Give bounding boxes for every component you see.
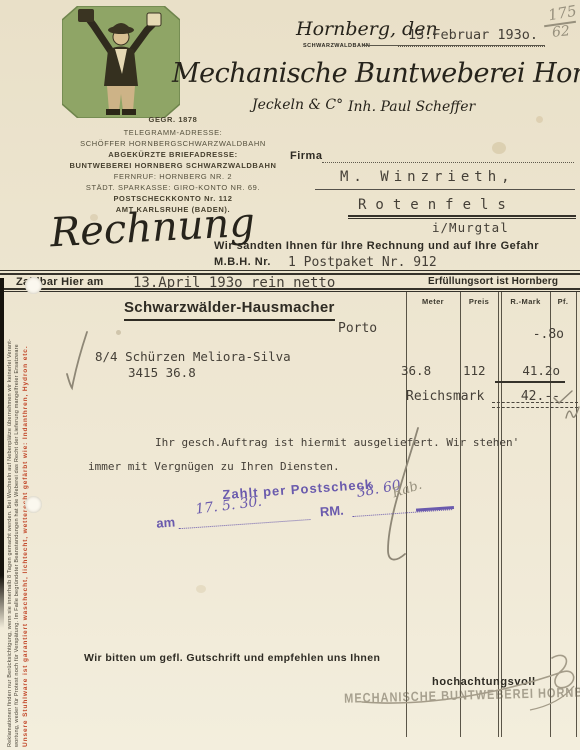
recipient-district: i/Murgtal bbox=[432, 220, 509, 235]
total-label: Reichsmark bbox=[406, 389, 484, 404]
company-info-block: GEGR. 1878 TELEGRAMM-ADRESSE: SCHÖFFER H… bbox=[30, 114, 316, 215]
postcheck-line: POSTSCHECKKONTO Nr. 112 bbox=[30, 193, 316, 204]
bank-line: STÄDT. SPARKASSE: GIRO-KONTO NR. 69. bbox=[30, 182, 316, 193]
invoice-date: 13.Februar 193o. bbox=[408, 27, 538, 43]
package-number: 1 Postpaket Nr. 912 bbox=[288, 255, 437, 270]
telegram-address: SCHÖFFER HORNBERGSCHWARZWALDBAHN bbox=[30, 138, 316, 149]
paper-stain bbox=[492, 142, 506, 154]
pencil-checkmark bbox=[64, 330, 90, 396]
paper-stain bbox=[536, 116, 543, 123]
phone-line: FERNRUF: HORNBERG NR. 2 bbox=[30, 171, 316, 182]
city-underline-2 bbox=[348, 218, 576, 219]
amount-underline bbox=[495, 381, 565, 383]
item-amount: 41.2o bbox=[498, 363, 560, 378]
column-header-pf: Pf. bbox=[550, 297, 576, 306]
telegram-label: TELEGRAMM-ADRESSE: bbox=[30, 127, 316, 138]
porto-amount: -.8o bbox=[498, 327, 564, 342]
company-name: Mechanische Buntweberei Hornberg bbox=[172, 58, 580, 89]
pencil-number-2: 62 bbox=[551, 23, 570, 41]
column-header-rmark: R.-Mark bbox=[501, 297, 550, 306]
bar-bottom-line-1 bbox=[0, 288, 580, 290]
fulfillment-place: Erfüllungsort ist Hornberg bbox=[428, 276, 558, 287]
shipping-line-1: Wir sandten Ihnen für Ihre Rechnung und … bbox=[214, 240, 539, 252]
item-reference: 3415 36.8 bbox=[128, 365, 196, 380]
item-description: 8/4 Schürzen Meliora-Silva bbox=[95, 349, 291, 364]
porto-label: Porto bbox=[338, 321, 377, 336]
short-address-label: ABGEKÜRZTE BRIEFADRESSE: bbox=[30, 149, 316, 160]
mbh-label: M.B.H. Nr. bbox=[214, 256, 271, 268]
credit-request: Wir bitten um gefl. Gutschrift und empfe… bbox=[84, 652, 380, 664]
date-dotted-line bbox=[398, 46, 545, 47]
column-header-meter: Meter bbox=[406, 297, 460, 306]
hole-punch-top bbox=[25, 277, 42, 294]
recipient-underline bbox=[315, 189, 575, 190]
bar-top-line-1 bbox=[0, 270, 580, 271]
section-title: Schwarzwälder-Hausmacher bbox=[124, 299, 335, 321]
invoice-document: GEGR. 1878 TELEGRAMM-ADRESSE: SCHÖFFER H… bbox=[0, 0, 580, 750]
column-header-preis: Preis bbox=[460, 297, 498, 306]
place-sub-label: SCHWARZWALDBAHN bbox=[303, 43, 370, 49]
paper-stain bbox=[116, 330, 121, 335]
margin-conditions-line-2: wortung, weder für Protest noch für Vers… bbox=[14, 277, 20, 747]
body-line-2: immer mit Vergnügen zu Ihren Diensten. bbox=[88, 460, 340, 473]
margin-guarantee-red-line: Unsere Stuhlware ist garantiert waschech… bbox=[22, 277, 29, 747]
city-underline-1 bbox=[348, 215, 576, 217]
firma-label: Firma bbox=[290, 150, 322, 162]
company-owner: Jeckeln & C° bbox=[252, 97, 343, 113]
stamp-rm-label: RM. bbox=[319, 503, 344, 520]
item-preis: 112 bbox=[463, 363, 486, 378]
pencil-signature-squiggle bbox=[340, 650, 580, 722]
pencil-small-mark bbox=[564, 402, 580, 422]
short-address: BUNTWEBEREI HORNBERG SCHWARZWALDBAHN bbox=[30, 160, 316, 171]
bar-bottom-line-2 bbox=[0, 291, 580, 292]
founded-line: GEGR. 1878 bbox=[30, 114, 316, 125]
margin-conditions-line-1: Reklamationen finden nur Berücksichtigun… bbox=[7, 277, 13, 747]
stamp-am-label: am bbox=[156, 514, 176, 530]
hole-punch-bottom bbox=[25, 496, 42, 513]
item-meter: 36.8 bbox=[401, 363, 431, 378]
left-edge-bar bbox=[0, 278, 4, 628]
proprietor: Inh. Paul Scheffer bbox=[348, 99, 475, 115]
recipient-city: Rotenfels bbox=[358, 197, 515, 213]
recipient-name: M. Winzrieth, bbox=[340, 169, 515, 185]
firma-dotted-line bbox=[322, 162, 574, 163]
paper-stain bbox=[196, 585, 206, 593]
body-line-1: Ihr gesch.Auftrag ist hiermit ausgeliefe… bbox=[155, 436, 519, 449]
black-forest-man-logo bbox=[62, 6, 180, 118]
